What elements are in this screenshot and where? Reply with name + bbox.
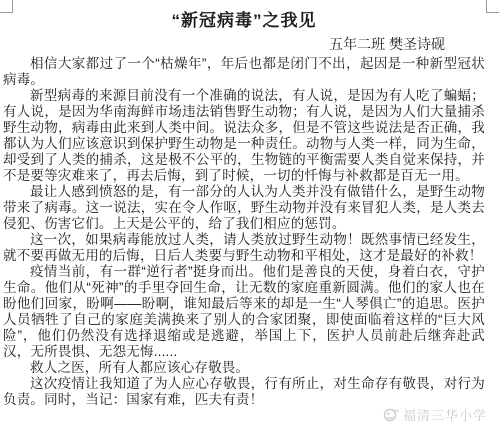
school-logo-icon <box>382 407 399 422</box>
essay-body: “新冠病毒”之我见 五年二班 樊圣诗砚 相信大家都过了一个“枯燥年”，年后也都是… <box>3 4 485 408</box>
school-watermark: 福清三华小学 <box>382 405 487 424</box>
text-boundary-mark-top-right <box>486 0 499 13</box>
essay-title: “新冠病毒”之我见 <box>3 6 485 31</box>
essay-paragraph: 这一次，如果病毒能放过人类，请人类放过野生动物！既然事情已经发生，就不要再做无用… <box>3 232 485 264</box>
school-watermark-label: 福清三华小学 <box>403 405 487 424</box>
essay-paragraph: 这次疫情让我知道了为人应心存敬畏，行有所止，对生命存有敬畏，对行为负责。同时，当… <box>3 376 485 408</box>
essay-paragraph: 相信大家都过了一个“枯燥年”，年后也都是闭门不出，起因是一种新型冠状病毒。 <box>3 56 485 88</box>
essay-paragraph: 疫情当前，有一群“逆行者”挺身而出。他们是善良的天使，身着白衣，守护生命。他们从… <box>3 264 485 360</box>
document-page: “新冠病毒”之我见 五年二班 樊圣诗砚 相信大家都过了一个“枯燥年”，年后也都是… <box>0 0 499 435</box>
essay-byline: 五年二班 樊圣诗砚 <box>3 34 485 54</box>
essay-paragraph: 救人之医，所有人都应该心存敬畏。 <box>3 360 485 376</box>
essay-paragraph: 新型病毒的来源目前没有一个准确的说法，有人说，是因为有人吃了蝙蝠；有人说，是因为… <box>3 88 485 184</box>
essay-paragraph: 最让人感到愤怒的是，有一部分的人认为人类并没有做错什么，是野生动物带来了病毒。这… <box>3 184 485 232</box>
